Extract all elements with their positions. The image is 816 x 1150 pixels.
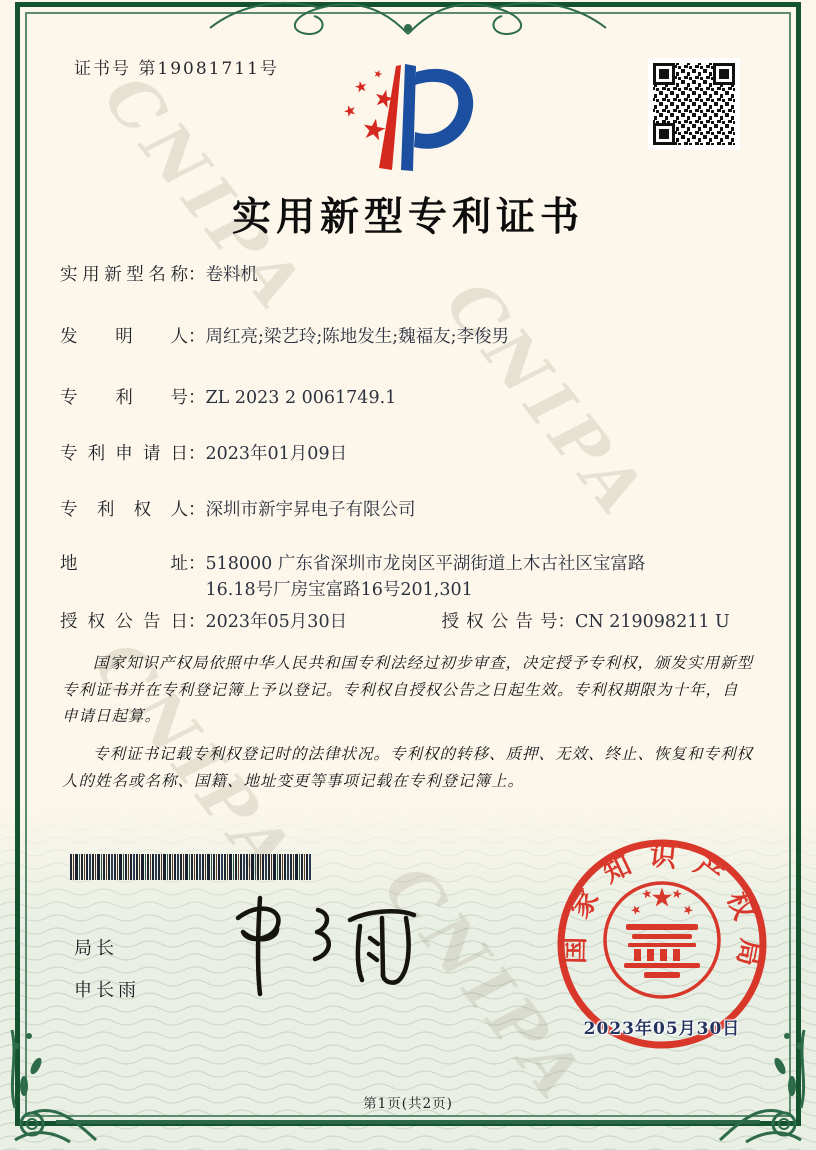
field-colon: ： [188, 609, 206, 635]
seal-date: 2023年05月30日 [544, 1014, 780, 1039]
legal-paragraph-1: 国家知识产权局依照中华人民共和国专利法经过初步审查，决定授予专利权，颁发实用新型… [62, 650, 754, 730]
field-value: CN 219098211 U [575, 609, 730, 635]
field-label: 地址 [60, 551, 188, 577]
field-colon: ： [188, 324, 206, 350]
certificate-title: 实用新型专利证书 [0, 186, 816, 242]
qr-code [648, 58, 740, 150]
field-value: 卷料机 [206, 262, 259, 288]
field-label: 专利号 [60, 385, 188, 411]
field-grant-row: 授权公告日 ： 2023年05月30日 授权公告号 ： CN 219098211… [60, 609, 766, 635]
field-value: 深圳市新宇昇电子有限公司 [206, 497, 416, 523]
legal-paragraph-2: 专利证书记载专利权登记时的法律状况。专利权的转移、质押、无效、终止、恢复和专利权… [62, 741, 754, 794]
seal-ring-text: 国家知识产权局 [560, 840, 767, 984]
field-label: 实用新型名称 [60, 262, 188, 288]
field-value: 周红亮;梁艺玲;陈地发生;魏福友;李俊男 [206, 324, 510, 350]
field-colon: ： [188, 497, 206, 523]
field-colon: ： [188, 262, 206, 288]
field-colon: ： [188, 551, 206, 577]
field-patentee: 专利权人 ： 深圳市新宇昇电子有限公司 [60, 497, 766, 523]
official-seal: 国家知识产权局 2023年0 [544, 836, 780, 1064]
issuer-title: 局长 [74, 934, 118, 960]
field-value: 2023年05月30日 [206, 609, 378, 635]
field-label: 授权公告号 [442, 609, 558, 635]
bottom-rule [56, 1120, 760, 1124]
page-number: 第1页(共2页) [0, 1092, 816, 1112]
barcode [70, 854, 312, 880]
field-address: 地址 ： 518000 广东省深圳市龙岗区平湖街道上木古社区宝富路16.18号厂… [60, 551, 766, 604]
field-label: 专利申请日 [60, 441, 188, 467]
certificate-number: 证书号 第19081711号 [74, 54, 279, 79]
field-utility-model-name: 实用新型名称 ： 卷料机 [60, 262, 766, 288]
field-value: 518000 广东省深圳市龙岗区平湖街道上木古社区宝富路16.18号厂房宝富路1… [206, 551, 662, 604]
issuer-name: 申长雨 [74, 976, 140, 1002]
field-filing-date: 专利申请日 ： 2023年01月09日 [60, 441, 766, 467]
bottom-left-flourish-ornament [2, 1028, 100, 1146]
field-patent-number: 专利号 ： ZL 2023 2 0061749.1 [60, 385, 766, 411]
top-flourish-ornament [198, 0, 618, 40]
field-colon: ： [188, 441, 206, 467]
patent-certificate-page: CNIPA CNIPA CNIPA CNIPA 证书号 第19081711号 [0, 0, 816, 1150]
field-inventors: 发明人 ： 周红亮;梁艺玲;陈地发生;魏福友;李俊男 [60, 324, 766, 350]
national-emblem [605, 883, 719, 997]
field-value: ZL 2023 2 0061749.1 [206, 385, 397, 411]
field-colon: ： [188, 385, 206, 411]
field-label: 发明人 [60, 324, 188, 350]
issuer-signature [198, 888, 442, 1000]
field-label: 授权公告日 [60, 609, 188, 635]
field-colon: ： [558, 609, 576, 635]
field-label: 专利权人 [60, 497, 188, 523]
svg-text:国家知识产权局: 国家知识产权局 [560, 840, 767, 984]
legal-text: 国家知识产权局依照中华人民共和国专利法经过初步审查，决定授予专利权，颁发实用新型… [62, 650, 754, 805]
cnipa-logo [330, 56, 490, 174]
field-value: 2023年01月09日 [206, 441, 348, 467]
